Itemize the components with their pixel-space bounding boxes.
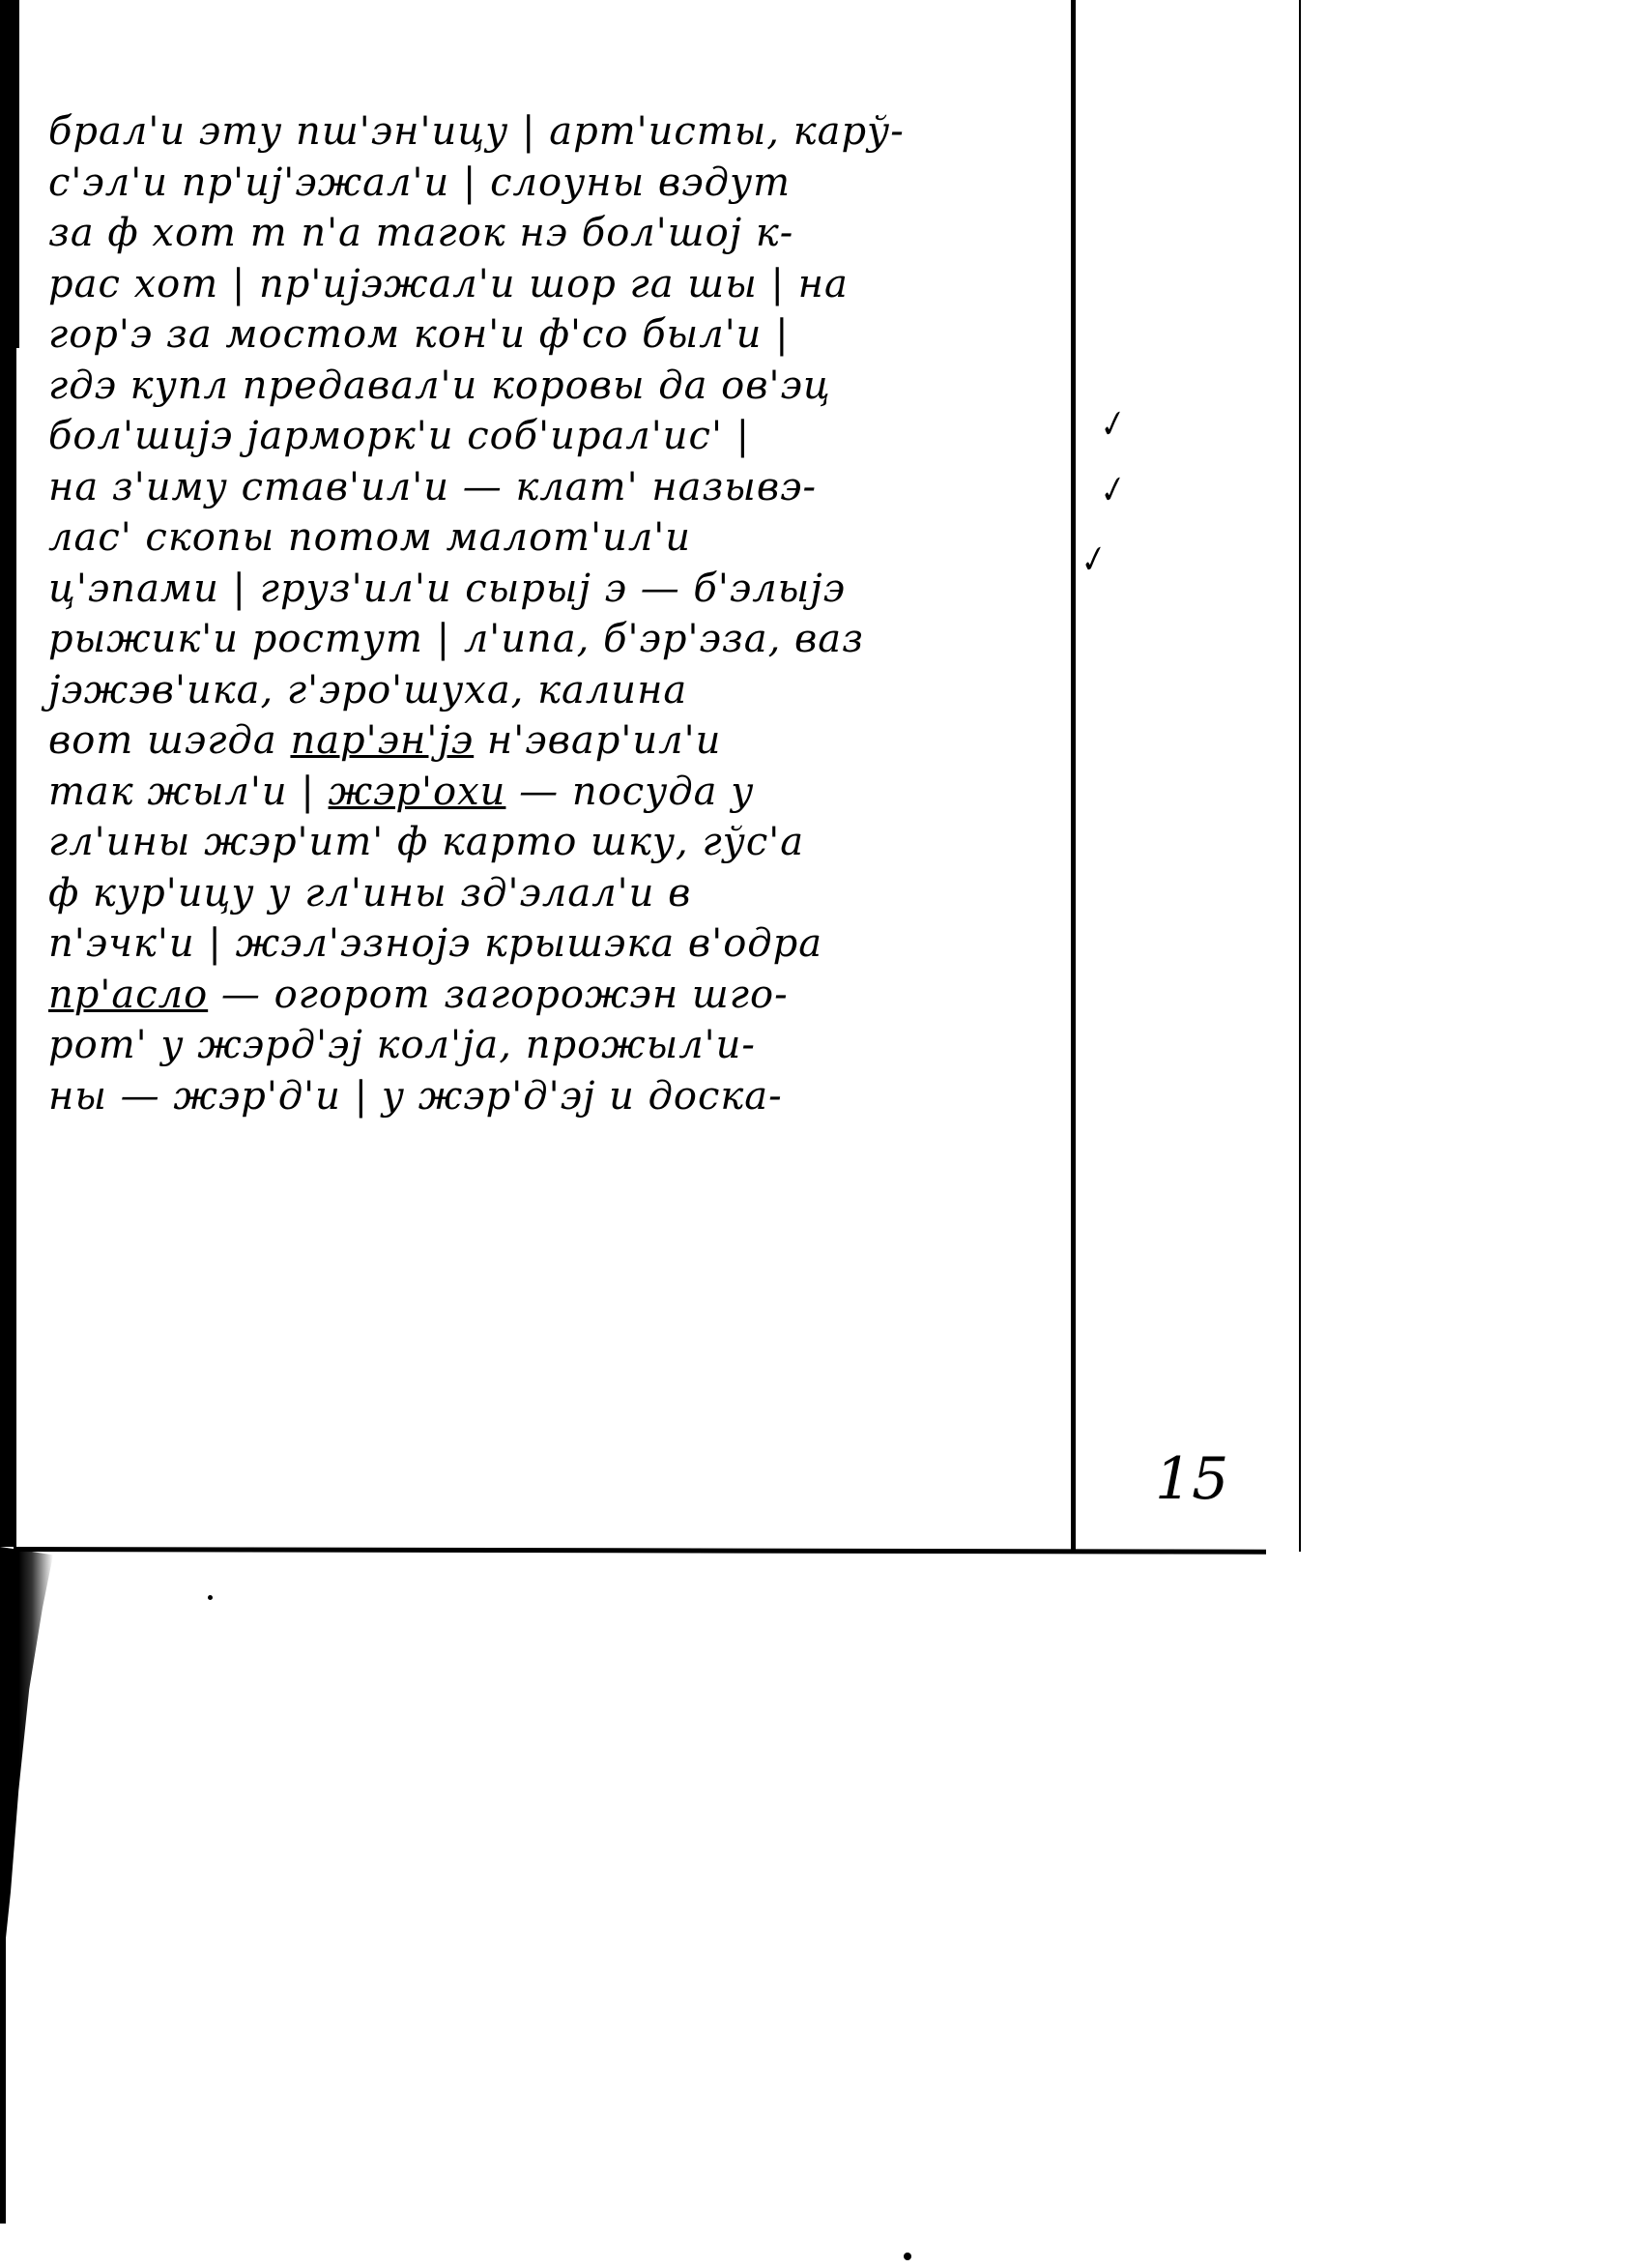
margin-divider-line xyxy=(1071,0,1076,1552)
text-line-20: ны — жэр'д'и | у жэр'д'эj и доска- xyxy=(48,1071,1063,1122)
text-line-17: п'эчк'и | жэл'эзноjэ крышэка в'одра xyxy=(48,918,1063,970)
text-line-4: рас хот | пр'иjэжал'и шор га шы | на xyxy=(48,259,1063,310)
text-line-12: jэжэв'ика, г'эро'шуха, калина xyxy=(48,665,1063,716)
underlined-word: пр'асло xyxy=(48,973,208,1017)
text-line-5: гор'э за мостом кон'и ф'со был'и | xyxy=(48,309,1063,361)
check-mark-icon: ✓ xyxy=(1091,468,1130,513)
scan-left-edge-shadow xyxy=(0,0,19,1547)
scan-speck xyxy=(904,2253,911,2260)
text-line-11: рыжик'и ростут | л'ипа, б'эр'эза, ваз xyxy=(48,614,1063,665)
text-line-6: гдэ купл предавал'и коровы да ов'эц xyxy=(48,361,1063,412)
handwritten-text-block: брал'и эту пш'эн'ицу | арт'исты, карў- с… xyxy=(48,106,1063,1121)
page-bottom-rule xyxy=(14,1547,1266,1555)
scan-shadow-smear xyxy=(0,1547,53,1953)
text-line-1: брал'и эту пш'эн'ицу | арт'исты, карў- xyxy=(48,106,1063,158)
text-line-9: лас' скопы потом малот'ил'и xyxy=(48,512,1063,564)
check-mark-icon: ✓ xyxy=(1091,402,1130,448)
text-line-14: так жыл'и | жэр'охи — посуда у xyxy=(48,767,1063,818)
text-line-15: гл'ины жэр'ит' ф карто шку, гўс'а xyxy=(48,817,1063,868)
text-line-18: пр'асло — огорот загорожэн шго- xyxy=(48,970,1063,1021)
page-number: 15 xyxy=(1155,1445,1228,1513)
text-line-7: бол'шиjэ jарморк'и соб'ирал'ис' | xyxy=(48,411,1063,462)
text-line-8: на з'иму став'ил'и — клат' назывэ- xyxy=(48,462,1063,513)
text-line-16: ф кур'ицу у гл'ины зд'элал'и в xyxy=(48,868,1063,919)
text-line-13: вот шэгда пар'эн'jэ н'эвар'ил'и xyxy=(48,715,1063,767)
underlined-word: жэр'охи xyxy=(329,770,506,814)
page-left-border xyxy=(14,348,22,1547)
scan-speck xyxy=(208,1595,213,1600)
scan-shadow-streak xyxy=(0,1934,6,2224)
text-line-19: рот' у жэрд'эj кол'jа, прожыл'и- xyxy=(48,1020,1063,1071)
underlined-word: пар'эн'jэ xyxy=(290,718,474,763)
text-line-2: с'эл'и пр'иj'эжал'и | слоуны вэдут xyxy=(48,158,1063,209)
check-mark-icon: ✓ xyxy=(1072,538,1110,583)
page-right-border xyxy=(1299,0,1301,1552)
text-line-10: ц'эпами | груз'ил'и сырыj э — б'элыjэ xyxy=(48,564,1063,615)
text-line-3: за ф хот т п'а тагок нэ бол'шоj к- xyxy=(48,208,1063,259)
